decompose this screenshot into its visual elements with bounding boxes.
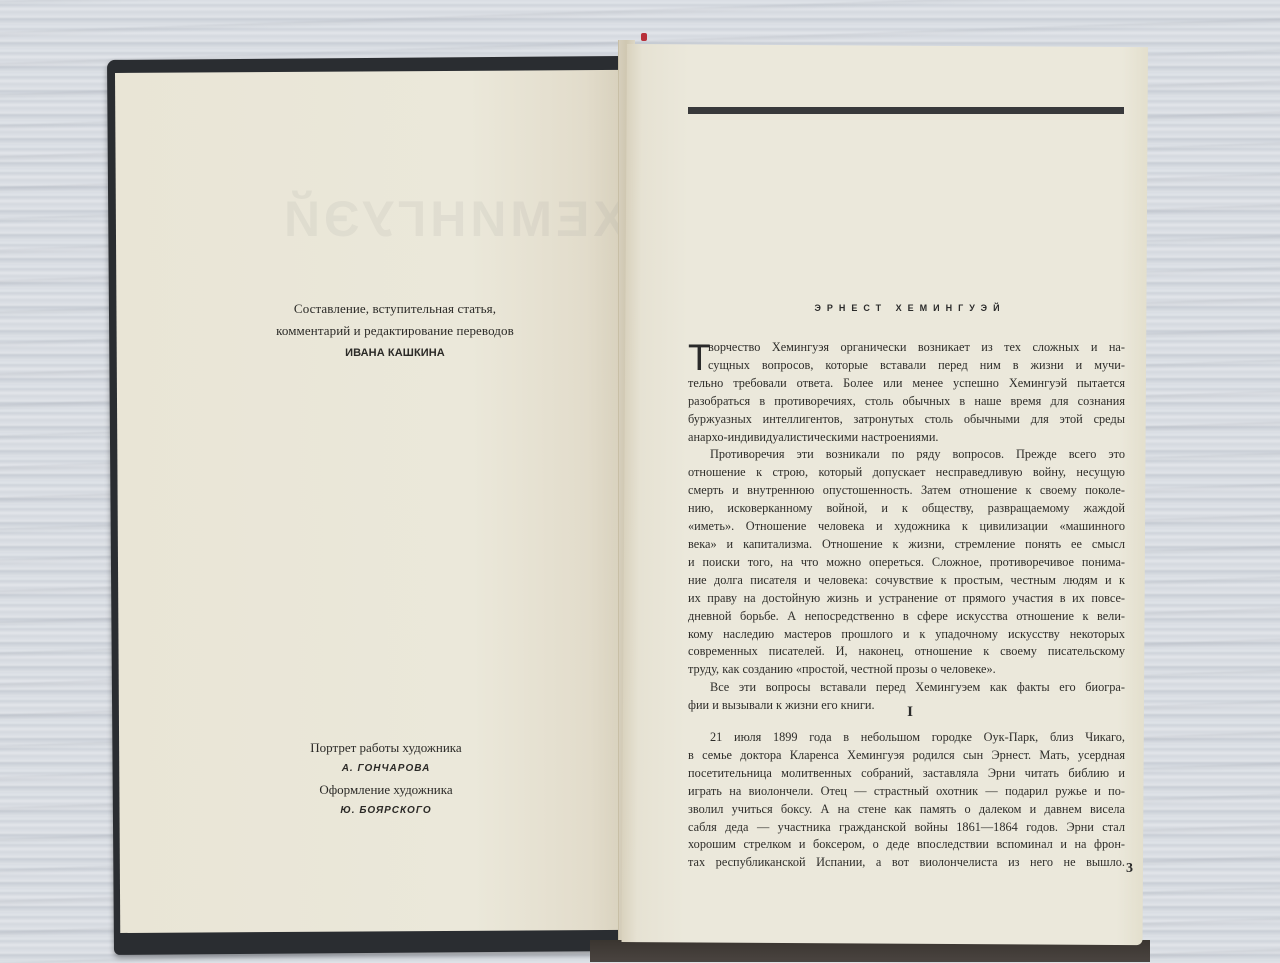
text-line: играть на виолончели. Отец — страстный о… — [688, 783, 1125, 801]
text-line: в семье доктора Кларенса Хемингуэя родил… — [688, 747, 1125, 765]
text-line: посетительница молитвенных собраний, зас… — [688, 765, 1125, 783]
text-line: сабля деда — участника гражданской войны… — [688, 819, 1125, 837]
editor-credits: Составление, вступительная статья, комме… — [145, 298, 645, 364]
text-line: смерть и внутреннюю опустошенность. Зате… — [688, 482, 1125, 500]
portrait-label: Портрет работы художника — [136, 737, 636, 758]
text-line: современных писателей. И, наконец, отнош… — [688, 643, 1125, 661]
text-line: ворчество Хемингуэя органически возникае… — [688, 339, 1125, 357]
text-line: века» и капитализма. Отношение к жизни, … — [688, 536, 1125, 554]
text-line: Все эти вопросы вставали перед Хемингуэе… — [688, 679, 1125, 697]
design-label: Оформление художника — [136, 779, 636, 800]
text-line: тельно требовали ответа. Более или менее… — [688, 375, 1125, 393]
text-line: 21 июля 1899 года в небольшом городке Оу… — [688, 729, 1125, 747]
text-line: и поиски того, на что можно опереться. С… — [688, 554, 1125, 572]
text-line: хорошим стрелком и боксером, о деде впос… — [688, 836, 1125, 854]
text-line: буржуазных интеллигентов, затронутых сто… — [688, 411, 1125, 429]
text-line: труду, как созданию «простой, честной пр… — [688, 661, 1125, 679]
text-line: кому наследию мастеров прошлого и к упад… — [688, 626, 1125, 644]
text-line: ние долга писателя и человека: сочувстви… — [688, 572, 1125, 590]
editor-name: ИВАНА КАШКИНА — [145, 342, 645, 364]
design-artist: Ю. БОЯРСКОГО — [136, 800, 636, 821]
text-line: тах республиканской Испании, а вот виоло… — [688, 854, 1125, 872]
text-line: Противоречия эти возникали по ряду вопро… — [688, 446, 1125, 464]
text-line: разобраться в противоречиях, столь обычн… — [688, 393, 1125, 411]
credits-line-2: комментарий и редактирование переводов — [145, 320, 645, 342]
text-line: «иметь». Отношение человека и художника … — [688, 518, 1125, 536]
text-line: их праву на достойную жизнь и устранение… — [688, 590, 1125, 608]
text-line: сущных вопросов, которые вставали перед … — [688, 357, 1125, 375]
text-line: зволил учиться боксу. А на стене как пам… — [688, 801, 1125, 819]
credits-line-1: Составление, вступительная статья, — [145, 298, 645, 320]
decorative-rule — [688, 107, 1124, 114]
text-line: отношение к строю, который допускает нес… — [688, 464, 1125, 482]
section-numeral: I — [690, 704, 1130, 721]
bookmark-ribbon — [641, 33, 647, 41]
portrait-artist: А. ГОНЧАРОВА — [136, 758, 636, 779]
text-line: дневной борьбе. А непосредственно в сфер… — [688, 608, 1125, 626]
artist-credits: Портрет работы художника А. ГОНЧАРОВА Оф… — [136, 737, 636, 821]
section-one-paragraph: 21 июля 1899 года в небольшом городке Оу… — [688, 729, 1125, 872]
text-line: анархо-индивидуалистическими настроениям… — [688, 429, 1125, 447]
page-number: 3 — [1126, 861, 1133, 877]
show-through-ghost-text: ХЕМИНГУЭЙ — [280, 190, 627, 248]
drop-cap: Т — [688, 341, 711, 375]
chapter-heading: ЭРНЕСТ ХЕМИНГУЭЙ — [690, 303, 1130, 313]
intro-paragraph: Т ворчество Хемингуэя органически возник… — [688, 339, 1125, 715]
text-line: нию, исковерканному войной, и к обществу… — [688, 500, 1125, 518]
